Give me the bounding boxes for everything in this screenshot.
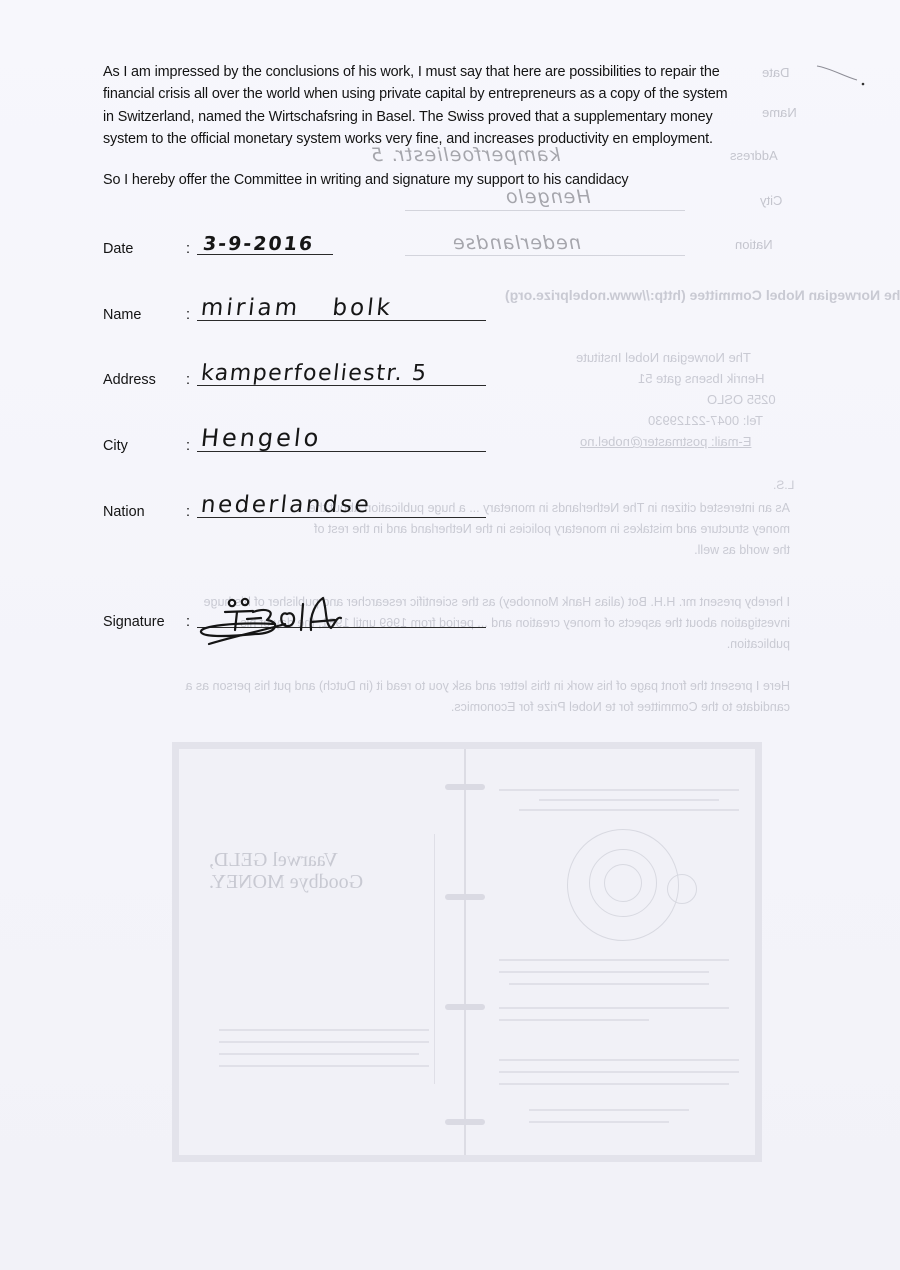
ghost-salutation: L.S. bbox=[773, 478, 794, 492]
field-label: Date bbox=[103, 241, 133, 257]
ghost-address-line: The Norwegian Nobel Institute bbox=[576, 350, 751, 365]
intro-line: financial crisis all over the world when… bbox=[103, 83, 803, 105]
ghost-label-nation: Nation bbox=[735, 237, 773, 252]
ghost-label-city: City bbox=[760, 193, 782, 208]
field-label: City bbox=[103, 438, 128, 454]
ghost-paragraph: Here I present the front page of his wor… bbox=[160, 676, 790, 718]
diagram-circle bbox=[667, 874, 697, 904]
book-clip bbox=[445, 784, 485, 790]
book-title: Vaarwel GELD, Goodbye MONEY. bbox=[209, 849, 429, 893]
ghost-line bbox=[405, 210, 685, 211]
field-value-name[interactable]: miriam bolk bbox=[200, 295, 395, 321]
book-clip bbox=[445, 1119, 485, 1125]
intro-line: As I am impressed by the conclusions of … bbox=[103, 61, 803, 83]
ghost-address-line: Henrik Ibsens gate 51 bbox=[638, 371, 764, 386]
field-colon: : bbox=[186, 438, 190, 454]
intro-paragraph: As I am impressed by the conclusions of … bbox=[103, 61, 803, 150]
ghost-handwriting-city: Hengelo bbox=[505, 186, 591, 208]
ghost-address-line: E-mail: postmaster@nobel.no bbox=[580, 434, 751, 449]
field-value-address[interactable]: kamperfoeliestr. 5 bbox=[200, 361, 429, 386]
ghost-label-address: Address bbox=[730, 148, 778, 163]
field-colon: : bbox=[186, 372, 190, 388]
form-field-address: Address : kamperfoeliestr. 5 bbox=[103, 362, 503, 392]
book-clip bbox=[445, 1004, 485, 1010]
signature-scribble[interactable] bbox=[195, 594, 365, 654]
ghost-address-line: 0255 OSLO bbox=[707, 392, 776, 407]
field-value-date[interactable]: 3-9-2016 bbox=[202, 233, 315, 255]
field-colon: : bbox=[186, 504, 190, 520]
form-field-name: Name : miriam bolk bbox=[103, 297, 503, 327]
scanned-page: Date Name Address City Nation kamperfoel… bbox=[0, 0, 900, 1270]
form-field-nation: Nation : nederlandse bbox=[103, 494, 503, 524]
ghost-address-line: Tel: 0047-22129930 bbox=[648, 413, 763, 428]
field-colon: : bbox=[186, 307, 190, 323]
field-label: Name bbox=[103, 307, 141, 323]
field-value-nation[interactable]: nederlandse bbox=[200, 492, 373, 518]
field-value-city[interactable]: Hengelo bbox=[200, 424, 323, 452]
field-colon: : bbox=[186, 614, 190, 630]
ghost-heading: To the Norwegian Nobel Committee (http:/… bbox=[505, 287, 900, 303]
stray-pen-mark bbox=[815, 58, 875, 98]
field-label: Address bbox=[103, 372, 156, 388]
book-spine bbox=[464, 749, 466, 1155]
form-field-date: Date : 3-9-2016 bbox=[103, 231, 503, 261]
offer-sentence: So I hereby offer the Committee in writi… bbox=[103, 172, 628, 188]
intro-line: in Switzerland, named the Wirtschafsring… bbox=[103, 106, 803, 128]
form-field-city: City : Hengelo bbox=[103, 428, 503, 458]
ghost-book-cover-image: Vaarwel GELD, Goodbye MONEY. bbox=[172, 742, 762, 1162]
book-clip bbox=[445, 894, 485, 900]
diagram-circle bbox=[604, 864, 642, 902]
intro-line: system to the official monetary system w… bbox=[103, 128, 803, 150]
field-colon: : bbox=[186, 241, 190, 257]
field-label: Signature bbox=[103, 614, 165, 630]
field-label: Nation bbox=[103, 504, 145, 520]
